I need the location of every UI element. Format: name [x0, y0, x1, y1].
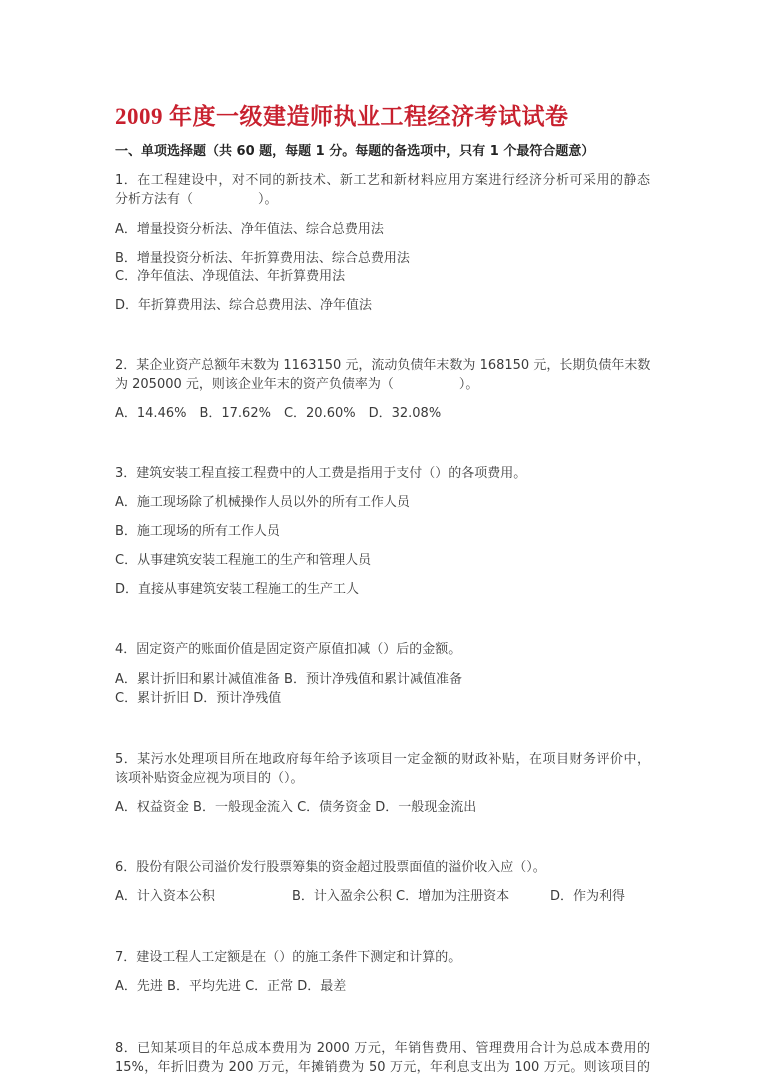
question-6-option-d: D．作为利得 — [550, 888, 625, 905]
question-3-option-d: D．直接从事建筑安装工程施工的生产工人 — [115, 581, 359, 598]
question-3-option-a: A．施工现场除了机械操作人员以外的所有工作人员 — [115, 494, 410, 511]
question-1-option-a: A．增量投资分析法、净年值法、综合总费用法 — [115, 221, 384, 238]
question-6-option-a: A．计入资本公积 — [115, 888, 215, 905]
question-8-stem-line-2: 15%，年折旧费为 200 万元，年摊销费为 50 万元，年利息支出为 100 … — [115, 1059, 650, 1076]
question-3-stem: 3．建筑安装工程直接工程费中的人工费是指用于支付（）的各项费用。 — [115, 465, 526, 482]
question-4-stem: 4．固定资产的账面价值是固定资产原值扣减（）后的金额。 — [115, 641, 461, 658]
question-1-option-c: C．净年值法、净现值法、年折算费用法 — [115, 268, 345, 285]
question-1-option-d: D．年折算费用法、综合总费用法、净年值法 — [115, 297, 372, 314]
title-text: 年度一级建造师执业工程经济考试试卷 — [169, 104, 569, 130]
question-3-option-b: B．施工现场的所有工作人员 — [115, 523, 280, 540]
question-4-options-line-2: C．累计折旧 D．预计净残值 — [115, 690, 281, 707]
question-1-option-b: B．增量投资分析法、年折算费用法、综合总费用法 — [115, 250, 410, 267]
document-page: 2009年度一级建造师执业工程经济考试试卷 一、单项选择题（共 60 题，每题 … — [0, 0, 763, 1080]
question-5-stem-line-2: 该项补贴资金应视为项目的（）。 — [115, 770, 304, 787]
question-2-stem-line-2: 为 205000 元，则该企业年末的资产负债率为（ ）。 — [115, 376, 478, 393]
title-year: 2009 — [115, 104, 163, 129]
question-7-stem: 7．建设工程人工定额是在（）的施工条件下测定和计算的。 — [115, 949, 461, 966]
question-6-option-b-c: B．计入盈余公积 C．增加为注册资本 — [292, 888, 509, 905]
question-3-option-c: C．从事建筑安装工程施工的生产和管理人员 — [115, 552, 371, 569]
section-heading: 一、单项选择题（共 60 题，每题 1 分。每题的备选项中，只有 1 个最符合题… — [115, 140, 594, 159]
question-4-options-line-1: A．累计折旧和累计减值准备 B．预计净残值和累计减值准备 — [115, 671, 462, 688]
question-5-stem-line-1: 5．某污水处理项目所在地政府每年给予该项目一定金额的财政补贴，在项目财务评价中， — [115, 751, 650, 768]
question-8-stem-line-1: 8．已知某项目的年总成本费用为 2000 万元，年销售费用、管理费用合计为总成本… — [115, 1040, 650, 1057]
question-6-stem: 6．股份有限公司溢价发行股票筹集的资金超过股票面值的溢价收入应（）。 — [115, 859, 546, 876]
question-2-stem-line-1: 2．某企业资产总额年末数为 1163150 元，流动负债年末数为 168150 … — [115, 357, 650, 374]
question-7-options: A．先进 B．平均先进 C．正常 D．最差 — [115, 978, 346, 995]
document-title: 2009年度一级建造师执业工程经济考试试卷 — [115, 98, 569, 131]
question-1-stem-line-2: 分析方法有（ ）。 — [115, 191, 278, 208]
question-2-options: A．14.46% B．17.62% C．20.60% D．32.08% — [115, 405, 441, 422]
question-5-options: A．权益资金 B．一般现金流入 C．债务资金 D．一般现金流出 — [115, 799, 476, 816]
question-1-stem-line-1: 1．在工程建设中，对不同的新技术、新工艺和新材料应用方案进行经济分析可采用的静态 — [115, 172, 650, 189]
